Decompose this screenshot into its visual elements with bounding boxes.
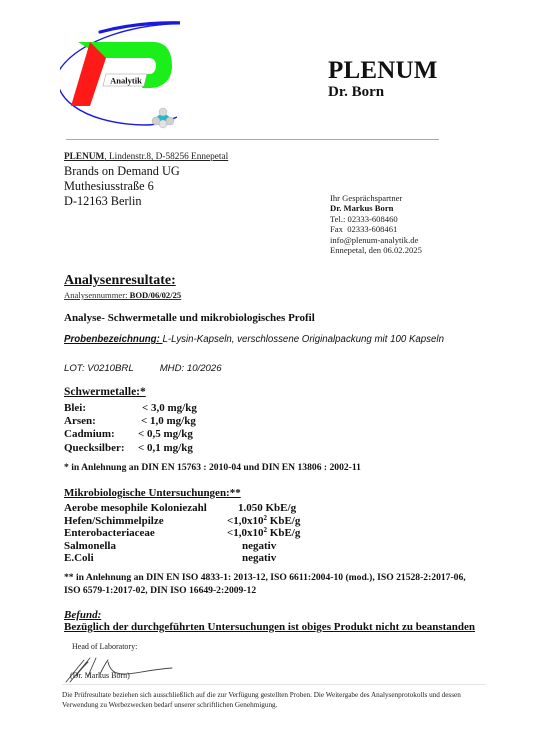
finding-heading: Befund: [64, 609, 101, 621]
contact-email[interactable]: info@plenum-analytik.de [330, 235, 422, 245]
contact-block: Ihr Gesprächspartner Dr. Markus Born Tel… [330, 193, 422, 255]
heavy-metal-row: Cadmium:< 0,5 mg/kg [64, 428, 197, 441]
metal-value: < 0,1 mg/kg [138, 442, 193, 455]
heavy-metal-row: Blei:< 3,0 mg/kg [64, 402, 197, 415]
recipient-line: Muthesiusstraße 6 [64, 179, 180, 194]
metal-name: Quecksilber: [64, 442, 138, 455]
test-name: E.Coli [64, 552, 94, 565]
finding-text: Bezüglich der durchgeführten Untersuchun… [64, 621, 475, 633]
signature-label: Head of Laboratory: [72, 642, 137, 651]
recipient-line: Brands on Demand UG [64, 164, 180, 179]
company-subtitle: Dr. Born [328, 84, 384, 101]
microbiology-footnote: ** in Anlehnung an DIN EN ISO 4833-1: 20… [64, 572, 484, 597]
heavy-metal-row: Quecksilber:< 0,1 mg/kg [64, 442, 197, 455]
test-value: negativ [242, 552, 276, 565]
contact-fax: Fax 02333-608461 [330, 224, 422, 234]
test-value: negativ [242, 540, 276, 553]
metal-value: < 0,5 mg/kg [138, 428, 193, 441]
molecule-icon [152, 108, 174, 128]
heavy-metals-table: Blei:< 3,0 mg/kgArsen:< 1,0 mg/kgCadmium… [64, 402, 197, 455]
recipient-address: Brands on Demand UG Muthesiusstraße 6 D-… [64, 164, 180, 209]
disclaimer: Die Prüfresultate beziehen sich ausschli… [62, 690, 490, 710]
test-value: <1,0x102 KbE/g [227, 527, 300, 540]
place-date: Ennepetal, den 06.02.2025 [330, 245, 422, 255]
test-value: 1.050 KbE/g [238, 502, 296, 515]
lot-number: LOT: V0210BRL [64, 363, 134, 374]
test-name: Hefen/Schimmelpilze [64, 515, 164, 528]
signature-name: (Dr. Markus Born) [70, 671, 130, 680]
heavy-metals-heading: Schwermetalle:* [64, 386, 146, 398]
sample-description: Probenbezeichnung: L-Lysin-Kapseln, vers… [64, 334, 444, 345]
sender-address: PLENUM, Lindenstr.8, D-58256 Ennepetal [64, 152, 228, 162]
company-name: PLENUM [328, 57, 438, 85]
lot-mhd: LOT: V0210BRLMHD: 10/2026 [64, 363, 222, 374]
metal-value: < 3,0 mg/kg [142, 402, 197, 415]
best-before: MHD: 10/2026 [160, 363, 222, 374]
recipient-line: D-12163 Berlin [64, 194, 180, 209]
header-divider [66, 139, 439, 140]
svg-text:Analytik: Analytik [110, 76, 142, 86]
metal-name: Cadmium: [64, 428, 138, 441]
metal-value: < 1,0 mg/kg [141, 415, 196, 428]
heavy-metal-row: Arsen:< 1,0 mg/kg [64, 415, 197, 428]
heavy-metals-footnote: * in Anlehnung an DIN EN 15763 : 2010-04… [64, 462, 361, 473]
footer-divider [62, 684, 486, 685]
analysis-number: Analysennummer: BOD/06/02/25 [64, 290, 181, 300]
test-name: Salmonella [64, 540, 116, 553]
analysis-type: Analyse- Schwermetalle und mikrobiologis… [64, 312, 315, 324]
metal-name: Blei: [64, 402, 138, 415]
test-name: Aerobe mesophile Koloniezahl [64, 502, 207, 515]
results-heading: Analysenresultate: [64, 273, 176, 288]
metal-name: Arsen: [64, 415, 138, 428]
test-name: Enterobacteriaceae [64, 527, 155, 540]
contact-label: Ihr Gesprächspartner [330, 193, 422, 203]
contact-name: Dr. Markus Born [330, 203, 422, 213]
microbiology-heading: Mikrobiologische Untersuchungen:** [64, 487, 241, 499]
plenum-analytik-logo-icon: Analytik [60, 14, 180, 132]
contact-tel: Tel.: 02333-608460 [330, 214, 422, 224]
